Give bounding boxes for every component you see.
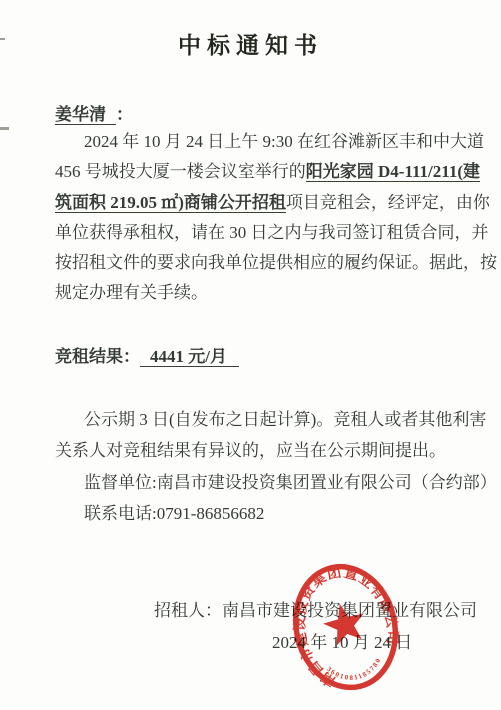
body-line-1: 2024 年 10 月 24 日上午 9:30 在红谷滩新区丰和中大道	[55, 127, 457, 157]
bid-result-label: 竞租结果：	[55, 347, 140, 366]
notice-block: 公示期 3 日(自发布之日起计算)。竞租人或者其他利害 关系人对竞租结果有异议的…	[55, 404, 457, 530]
bid-result-value: 4441 元/月	[140, 347, 239, 367]
notice-line-1: 公示期 3 日(自发布之日起计算)。竞租人或者其他利害	[55, 404, 457, 435]
notice-line-2: 关系人对竞租结果有异议的，应当在公示期间提出。	[55, 435, 457, 466]
body-line-2-normal: 456 号城投大厦一楼会议室举行的	[55, 162, 306, 181]
body-line-6: 规定办理有关手续。	[55, 278, 457, 308]
body-line-5: 按招租文件的要求向我单位提供相应的履约保证。据此，按	[55, 248, 457, 278]
scan-artifact	[0, 38, 5, 40]
scan-artifact	[0, 127, 9, 130]
bid-result-line: 竞租结果：4441 元/月	[55, 342, 239, 367]
body-paragraph: 2024 年 10 月 24 日上午 9:30 在红谷滩新区丰和中大道 456 …	[55, 127, 457, 309]
body-line-3: 筑面积 219.05 ㎡)商铺公开招租项目竞租会，经评定，由你	[55, 188, 457, 218]
body-line-3-normal: 项目竞租会，经评定，由你	[286, 193, 490, 212]
addressee-name: 姜华清	[55, 105, 116, 125]
supervisor-line: 监督单位:南昌市建设投资集团置业有限公司（合约部）	[55, 467, 457, 498]
addressee-line: 姜华清：	[55, 100, 133, 125]
property-name-emphasis: 阳光家园 D4-111/211(建	[306, 162, 480, 182]
body-line-2: 456 号城投大厦一楼会议室举行的阳光家园 D4-111/211(建	[55, 157, 457, 187]
property-area-emphasis: 筑面积 219.05 ㎡)商铺公开招租	[55, 193, 286, 213]
document-title: 中标通知书	[0, 27, 501, 60]
lessor-label: 招租人：	[154, 601, 222, 620]
document-page: 中标通知书 姜华清： 2024 年 10 月 24 日上午 9:30 在红谷滩新…	[0, 0, 501, 710]
phone-line: 联系电话:0791-86856682	[55, 498, 457, 529]
addressee-colon: ：	[116, 105, 133, 124]
company-seal-graphic: 南昌市建设投资集团置业有限公司 3601081185780	[278, 552, 415, 706]
seal-star-icon	[319, 599, 369, 648]
body-line-4: 单位获得承租权，请在 30 日之内与我司签订租赁合同，并	[55, 218, 457, 248]
company-seal: 南昌市建设投资集团置业有限公司 3601081185780	[278, 552, 415, 706]
